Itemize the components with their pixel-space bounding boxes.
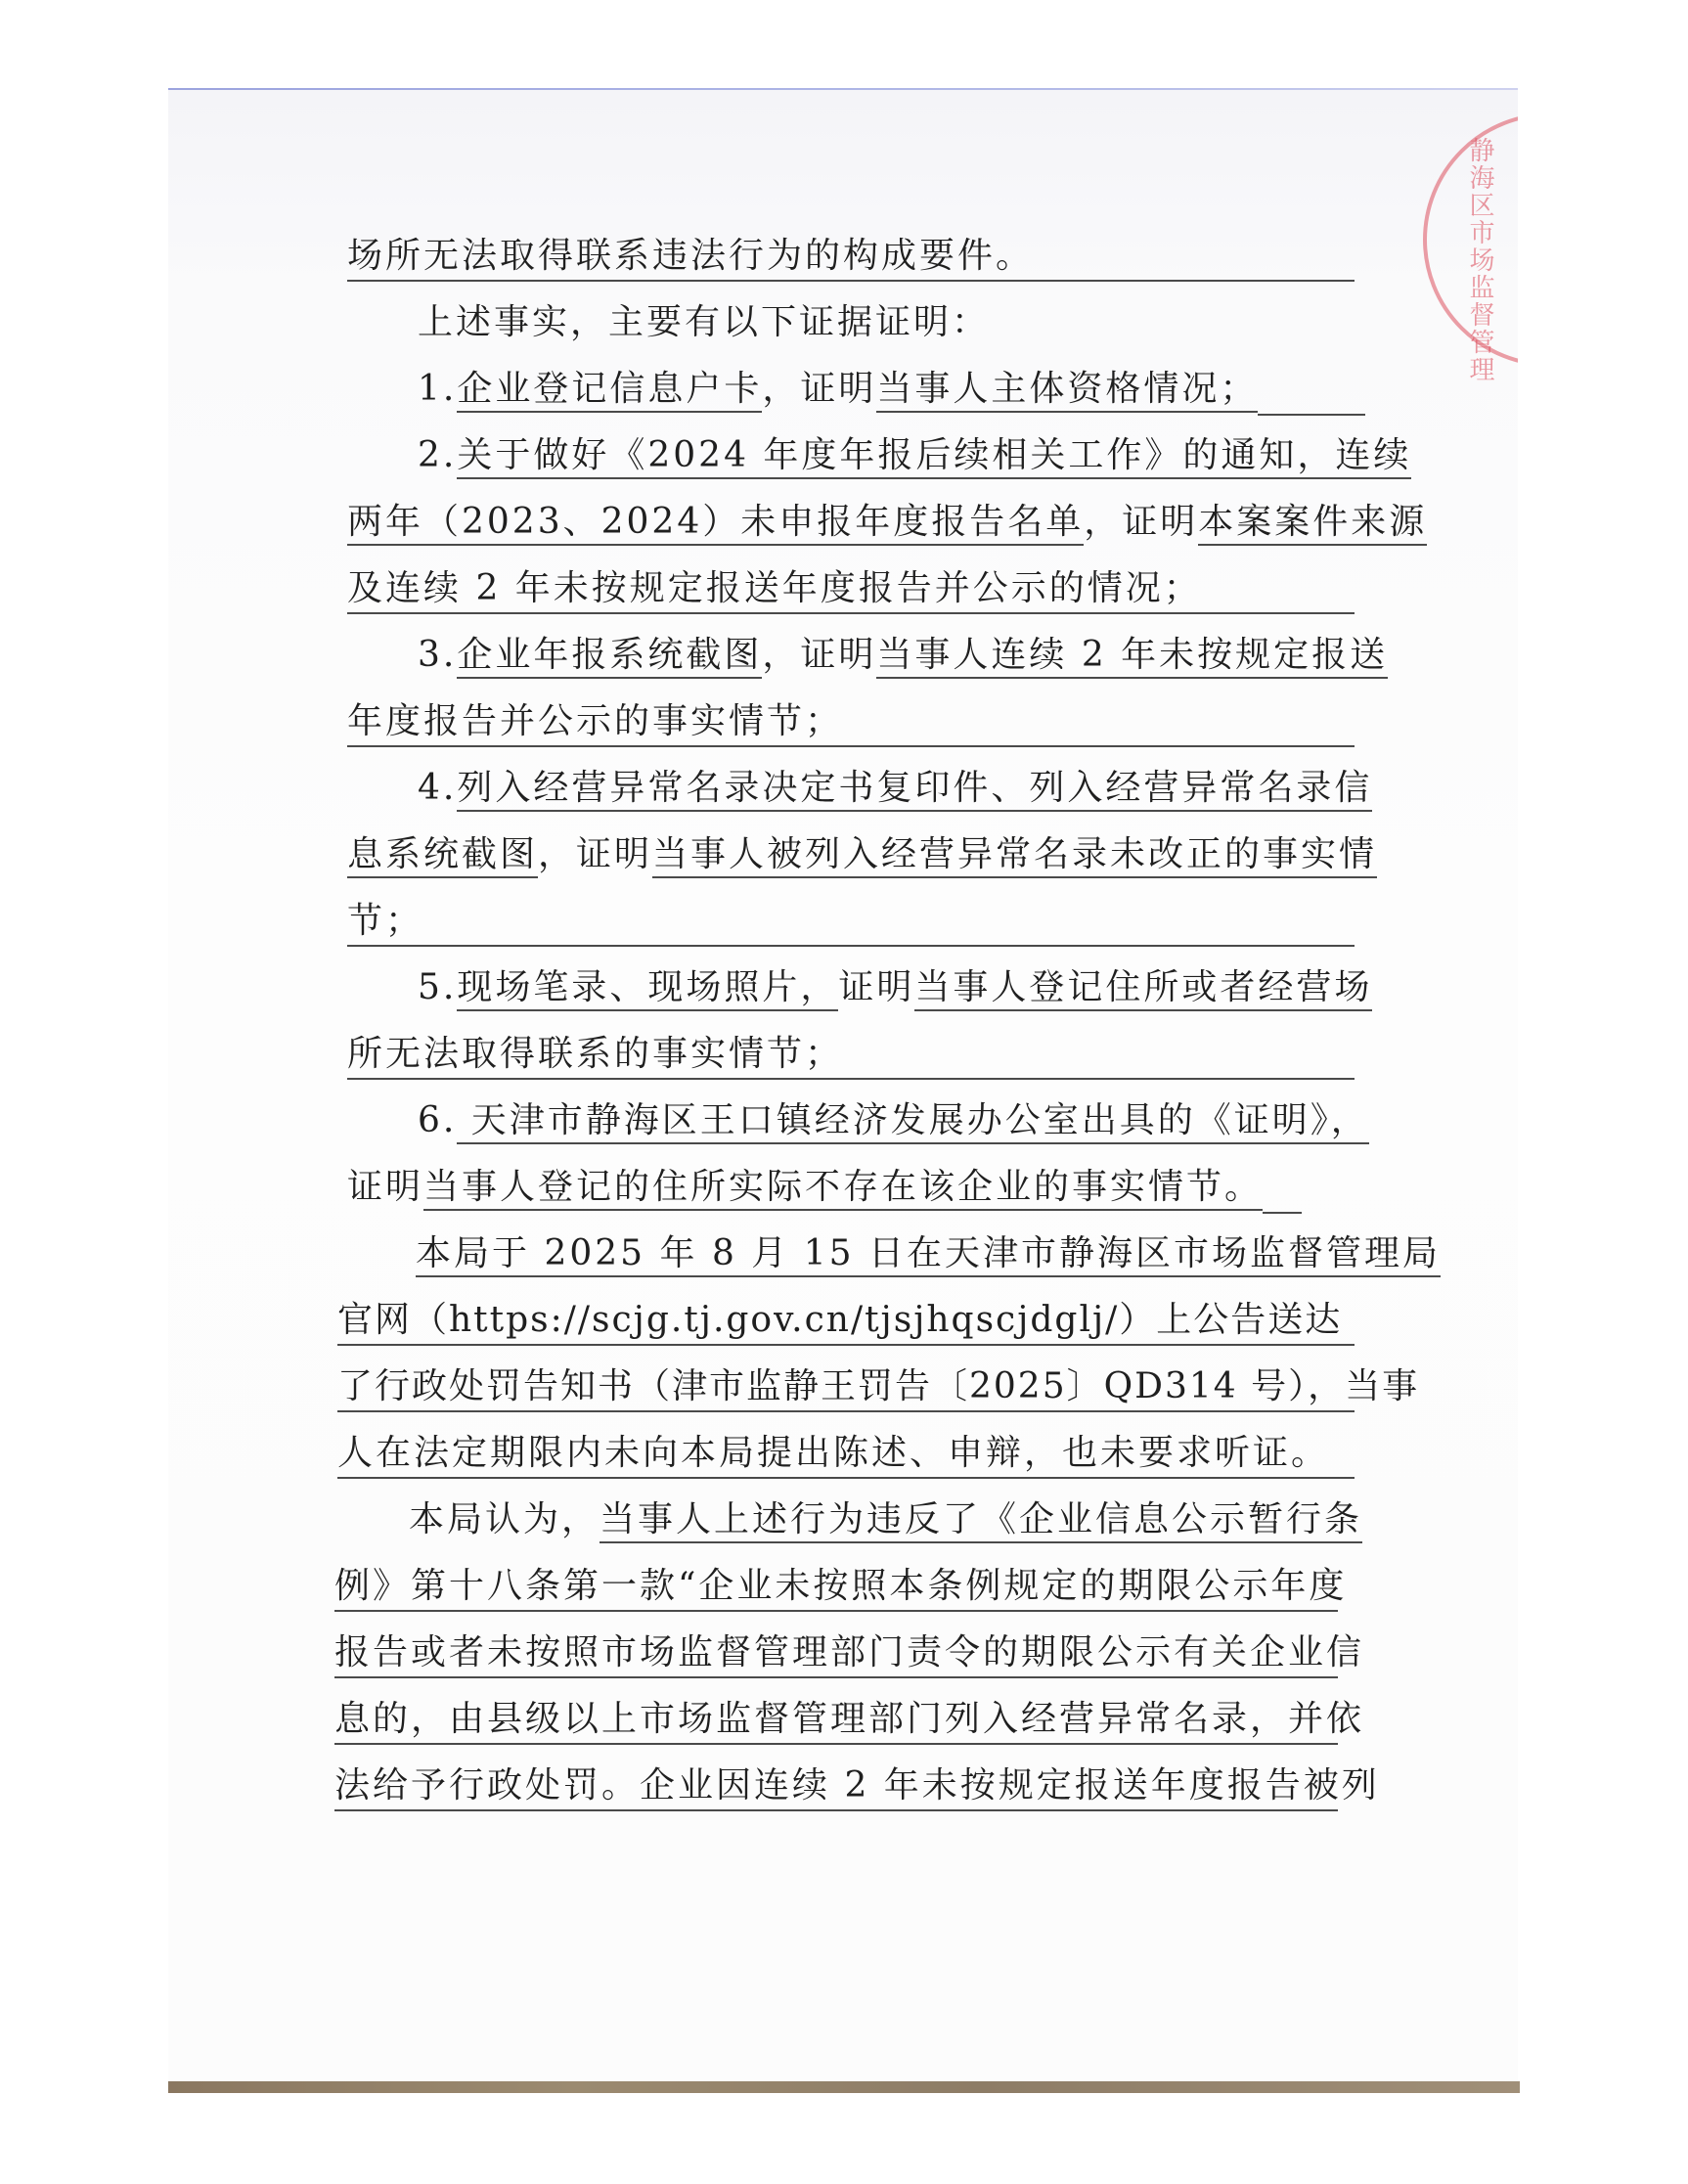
underline-fill bbox=[1263, 1173, 1302, 1214]
evidence-item-4-line-1: 4.列入经营异常名录决定书复印件、列入经营异常名录信 bbox=[347, 763, 1355, 814]
evidence-number: 2. bbox=[418, 435, 457, 475]
evidence-proves: 当事人连续 2 年未按规定报送 bbox=[876, 635, 1388, 679]
stamp-crop-mask bbox=[1518, 78, 1688, 411]
underline-fill bbox=[1258, 375, 1365, 416]
evidence-item-name: 息系统截图 bbox=[347, 834, 538, 878]
evidence-number: 6. bbox=[418, 1100, 457, 1140]
evidence-proves: 本案案件来源 bbox=[1198, 502, 1427, 546]
evidence-item-1: 1.企业登记信息户卡，证明当事人主体资格情况； bbox=[347, 364, 1355, 415]
evidence-separator: ，证明 bbox=[762, 635, 876, 675]
evidence-heading: 上述事实，主要有以下证据证明： bbox=[347, 297, 1355, 348]
service-notice-text: 了行政处罚告知书（津市监静王罚告〔2025〕QD314 号），当事 bbox=[337, 1366, 1419, 1406]
service-notice-line-3: 了行政处罚告知书（津市监静王罚告〔2025〕QD314 号），当事 bbox=[337, 1361, 1355, 1412]
finding-line-1: 本局认为，当事人上述行为违反了《企业信息公示暂行条 bbox=[409, 1494, 1338, 1545]
official-seal-text: 静海区市场监督管理 bbox=[1457, 137, 1496, 383]
evidence-item-2-line-3: 及连续 2 年未按规定报送年度报告并公示的情况； bbox=[347, 563, 1355, 614]
page-bottom-edge bbox=[168, 2081, 1520, 2093]
evidence-proves: 当事人被列入经营异常名录未改正的事实情 bbox=[652, 834, 1377, 878]
evidence-item-4-line-2: 息系统截图，证明当事人被列入经营异常名录未改正的事实情 bbox=[347, 829, 1355, 880]
evidence-item-3-line-1: 3.企业年报系统截图，证明当事人连续 2 年未按规定报送 bbox=[347, 630, 1355, 681]
evidence-number: 1. bbox=[418, 369, 457, 409]
service-notice-line-2: 官网（https://scjg.tj.gov.cn/tjsjhqscjdglj/… bbox=[337, 1295, 1355, 1346]
evidence-item-6-line-2: 证明当事人登记的住所实际不存在该企业的事实情节。 bbox=[347, 1162, 1355, 1213]
evidence-item-4-line-3: 节； bbox=[347, 896, 1355, 947]
service-notice-text: 人在法定期限内未向本局提出陈述、申辩，也未要求听证。 bbox=[337, 1433, 1329, 1473]
evidence-item-2-line-2: 两年（2023、2024）未申报年度报告名单，证明本案案件来源 bbox=[347, 497, 1355, 548]
evidence-separator: ，证明 bbox=[762, 369, 876, 409]
evidence-item-5-line-2: 所无法取得联系的事实情节； bbox=[347, 1029, 1355, 1080]
evidence-proves: 所无法取得联系的事实情节； bbox=[347, 1034, 843, 1074]
service-notice-line-1: 本局于 2025 年 8 月 15 日在天津市静海区市场监督管理局 bbox=[416, 1228, 1355, 1279]
evidence-item-3-line-2: 年度报告并公示的事实情节； bbox=[347, 696, 1355, 747]
intro-tail-text: 场所无法取得联系违法行为的构成要件。 bbox=[347, 236, 1034, 276]
evidence-proves: 年度报告并公示的事实情节； bbox=[347, 701, 843, 741]
evidence-item-name: 关于做好《2024 年度年报后续相关工作》的通知，连续 bbox=[457, 435, 1411, 479]
evidence-proves: 当事人登记的住所实际不存在该企业的事实情节。 bbox=[423, 1167, 1263, 1211]
evidence-item-name: 两年（2023、2024）未申报年度报告名单 bbox=[347, 502, 1084, 546]
finding-text: 例》第十八条第一款“企业未按照本条例规定的期限公示年度 bbox=[334, 1566, 1347, 1606]
service-notice-line-4: 人在法定期限内未向本局提出陈述、申辩，也未要求听证。 bbox=[337, 1428, 1355, 1479]
evidence-proves: 当事人主体资格情况； bbox=[876, 369, 1258, 413]
finding-line-5: 法给予行政处罚。企业因连续 2 年未按规定报送年度报告被列 bbox=[334, 1761, 1338, 1811]
evidence-separator: 证明 bbox=[838, 967, 914, 1007]
finding-text: 当事人上述行为违反了《企业信息公示暂行条 bbox=[600, 1499, 1362, 1543]
evidence-item-name: 列入经营异常名录决定书复印件、列入经营异常名录信 bbox=[457, 768, 1372, 812]
evidence-item-name: 天津市静海区王口镇经济发展办公室出具的《证明》， bbox=[457, 1100, 1368, 1144]
evidence-item-name: 企业年报系统截图 bbox=[457, 635, 762, 679]
finding-line-2: 例》第十八条第一款“企业未按照本条例规定的期限公示年度 bbox=[334, 1561, 1338, 1612]
evidence-number: 3. bbox=[418, 635, 457, 675]
service-notice-text: 官网（https://scjg.tj.gov.cn/tjsjhqscjdglj/… bbox=[337, 1300, 1342, 1340]
evidence-proves: 及连续 2 年未按规定报送年度报告并公示的情况； bbox=[347, 568, 1202, 608]
evidence-proves: 当事人登记住所或者经营场 bbox=[914, 967, 1372, 1011]
evidence-number: 4. bbox=[418, 768, 457, 808]
evidence-item-2-line-1: 2.关于做好《2024 年度年报后续相关工作》的通知，连续 bbox=[347, 430, 1355, 481]
finding-line-3: 报告或者未按照市场监督管理部门责令的期限公示有关企业信 bbox=[334, 1627, 1338, 1678]
paragraph-intro-tail: 场所无法取得联系违法行为的构成要件。 bbox=[347, 231, 1355, 282]
finding-text: 息的，由县级以上市场监督管理部门列入经营异常名录，并依 bbox=[334, 1699, 1364, 1739]
finding-text: 报告或者未按照市场监督管理部门责令的期限公示有关企业信 bbox=[334, 1632, 1364, 1672]
evidence-separator: ，证明 bbox=[538, 834, 652, 874]
service-notice-text: 本局于 2025 年 8 月 15 日在天津市静海区市场监督管理局 bbox=[416, 1233, 1441, 1277]
finding-text: 法给予行政处罚。企业因连续 2 年未按规定报送年度报告被列 bbox=[334, 1765, 1380, 1805]
evidence-heading-text: 上述事实，主要有以下证据证明： bbox=[418, 302, 990, 342]
evidence-number: 5. bbox=[418, 967, 457, 1007]
evidence-item-name: 企业登记信息户卡 bbox=[457, 369, 762, 413]
evidence-proves: 节； bbox=[347, 901, 423, 941]
finding-lead: 本局认为， bbox=[409, 1499, 600, 1539]
evidence-separator: ，证明 bbox=[1084, 502, 1198, 542]
finding-line-4: 息的，由县级以上市场监督管理部门列入经营异常名录，并依 bbox=[334, 1694, 1338, 1745]
evidence-separator: 证明 bbox=[347, 1167, 423, 1207]
evidence-item-name: 现场笔录、现场照片， bbox=[457, 967, 838, 1011]
evidence-item-5-line-1: 5.现场笔录、现场照片，证明当事人登记住所或者经营场 bbox=[347, 962, 1355, 1013]
evidence-item-6-line-1: 6. 天津市静海区王口镇经济发展办公室出具的《证明》， bbox=[347, 1095, 1355, 1146]
